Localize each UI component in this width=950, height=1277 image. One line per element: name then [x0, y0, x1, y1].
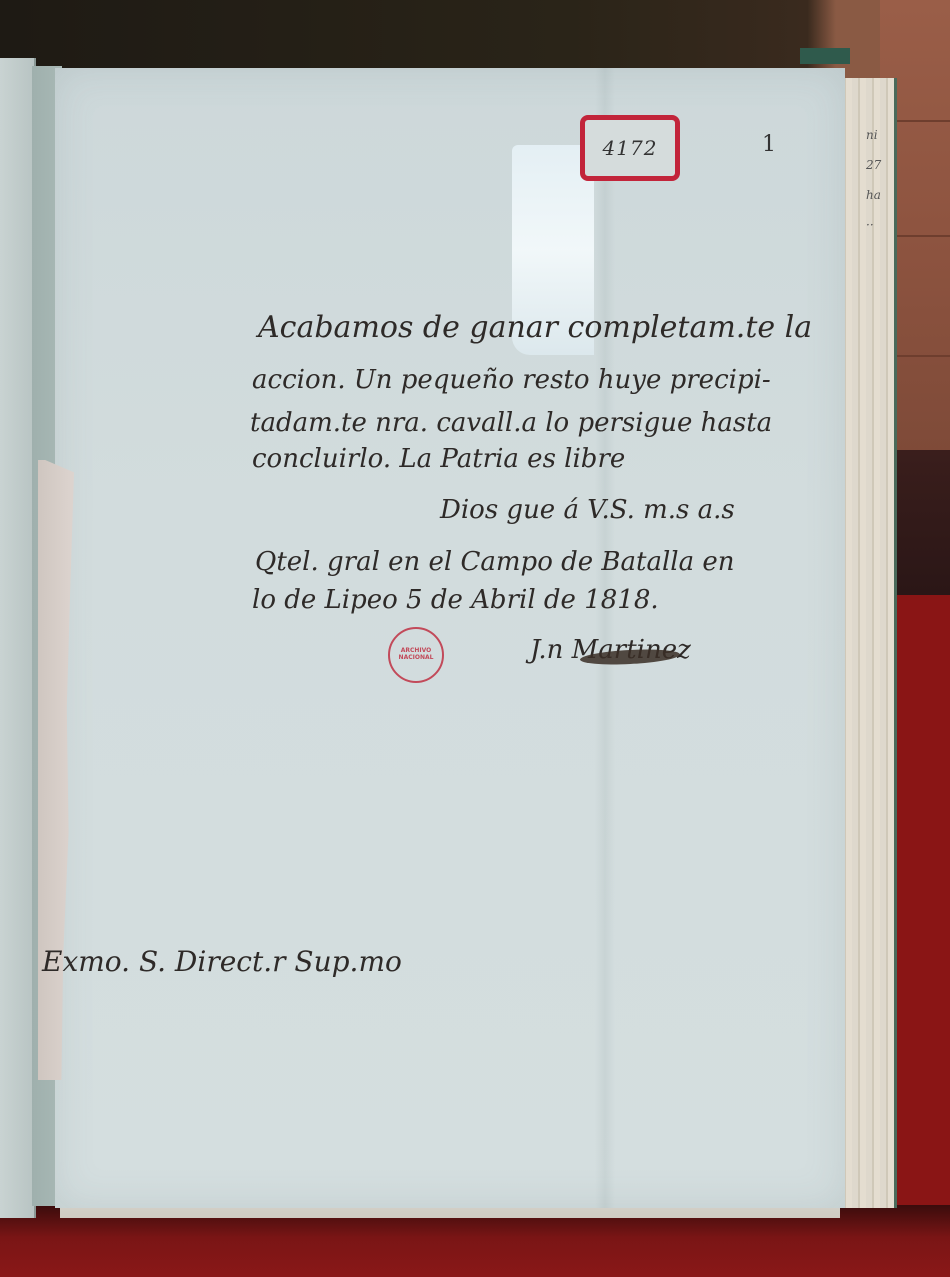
manuscript-line-1: Acabamos de ganar completam.te la [258, 310, 812, 345]
page-stack-edges [838, 78, 897, 1208]
manuscript-line-2: accion. Un pequeño resto huye precipi- [252, 365, 771, 395]
manuscript-line-4: concluirlo. La Patria es libre [252, 444, 625, 474]
folio-number: 1 [762, 132, 776, 157]
book-cover [800, 48, 850, 64]
manuscript-page [55, 68, 845, 1208]
addressee: Exmo. S. Direct.r Sup.mo [42, 945, 402, 978]
manuscript-line-7: lo de Lipeo 5 de Abril de 1818. [252, 585, 659, 615]
stamp-text: ARCHIVO NACIONAL [390, 648, 442, 661]
left-page-edge [0, 58, 36, 1218]
manuscript-line-3: tadam.te nra. cavall.a lo persigue hasta [250, 408, 772, 438]
archive-label-number: 4172 [603, 136, 658, 160]
edge-marks: ni27ha·· [866, 120, 881, 240]
manuscript-line-6: Qtel. gral en el Campo de Batalla en [255, 547, 735, 577]
archive-label: 4172 [580, 115, 680, 181]
manuscript-line-5: Dios gue á V.S. m.s a.s [440, 495, 735, 525]
archive-stamp: ARCHIVO NACIONAL [388, 627, 444, 683]
